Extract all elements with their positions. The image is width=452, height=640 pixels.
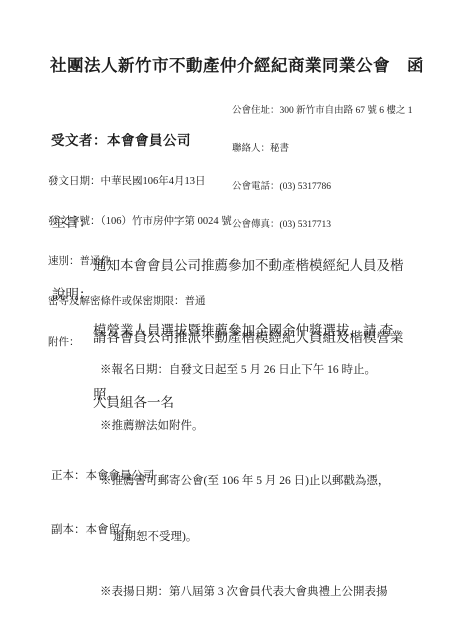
note-commendation-date: ※表揚日期：第八屆第 3 次會員代表大會典禮上公開表揚 xyxy=(100,583,389,602)
original-copy-line: 正本：本會會員公司 xyxy=(51,467,155,485)
distribution-block: 正本：本會會員公司 副本：本會留存 xyxy=(51,431,155,575)
association-contact-person: 聯絡人：秘書 xyxy=(232,143,413,156)
association-address: 公會住址：300 新竹市自由路 67 號 6 樓之 1 xyxy=(232,105,413,118)
subject-label: 主旨： xyxy=(52,212,93,234)
recipient-line: 受文者：本會會員公司 xyxy=(51,129,191,149)
letter-title: 社團法人新竹市不動產仲介經紀商業同業公會 函 xyxy=(50,52,424,76)
description-label: 說明： xyxy=(52,284,93,306)
note-registration-date: ※報名日期：自發文日起至 5 月 26 日止下午 16 時止。 xyxy=(100,361,389,380)
association-phone: 公會電話：(03) 5317786 xyxy=(232,181,413,194)
official-letter-page: 社團法人新竹市不動產仲介經紀商業同業公會 函 公會住址：300 新竹市自由路 6… xyxy=(0,0,452,640)
subject-line: 通知本會會員公司推薦參加不動產楷模經紀人員及楷 xyxy=(93,255,432,277)
issue-date-line: 發文日期：中華民國106年4月13日 xyxy=(48,175,232,188)
duplicate-copy-line: 副本：本會留存 xyxy=(51,521,155,539)
